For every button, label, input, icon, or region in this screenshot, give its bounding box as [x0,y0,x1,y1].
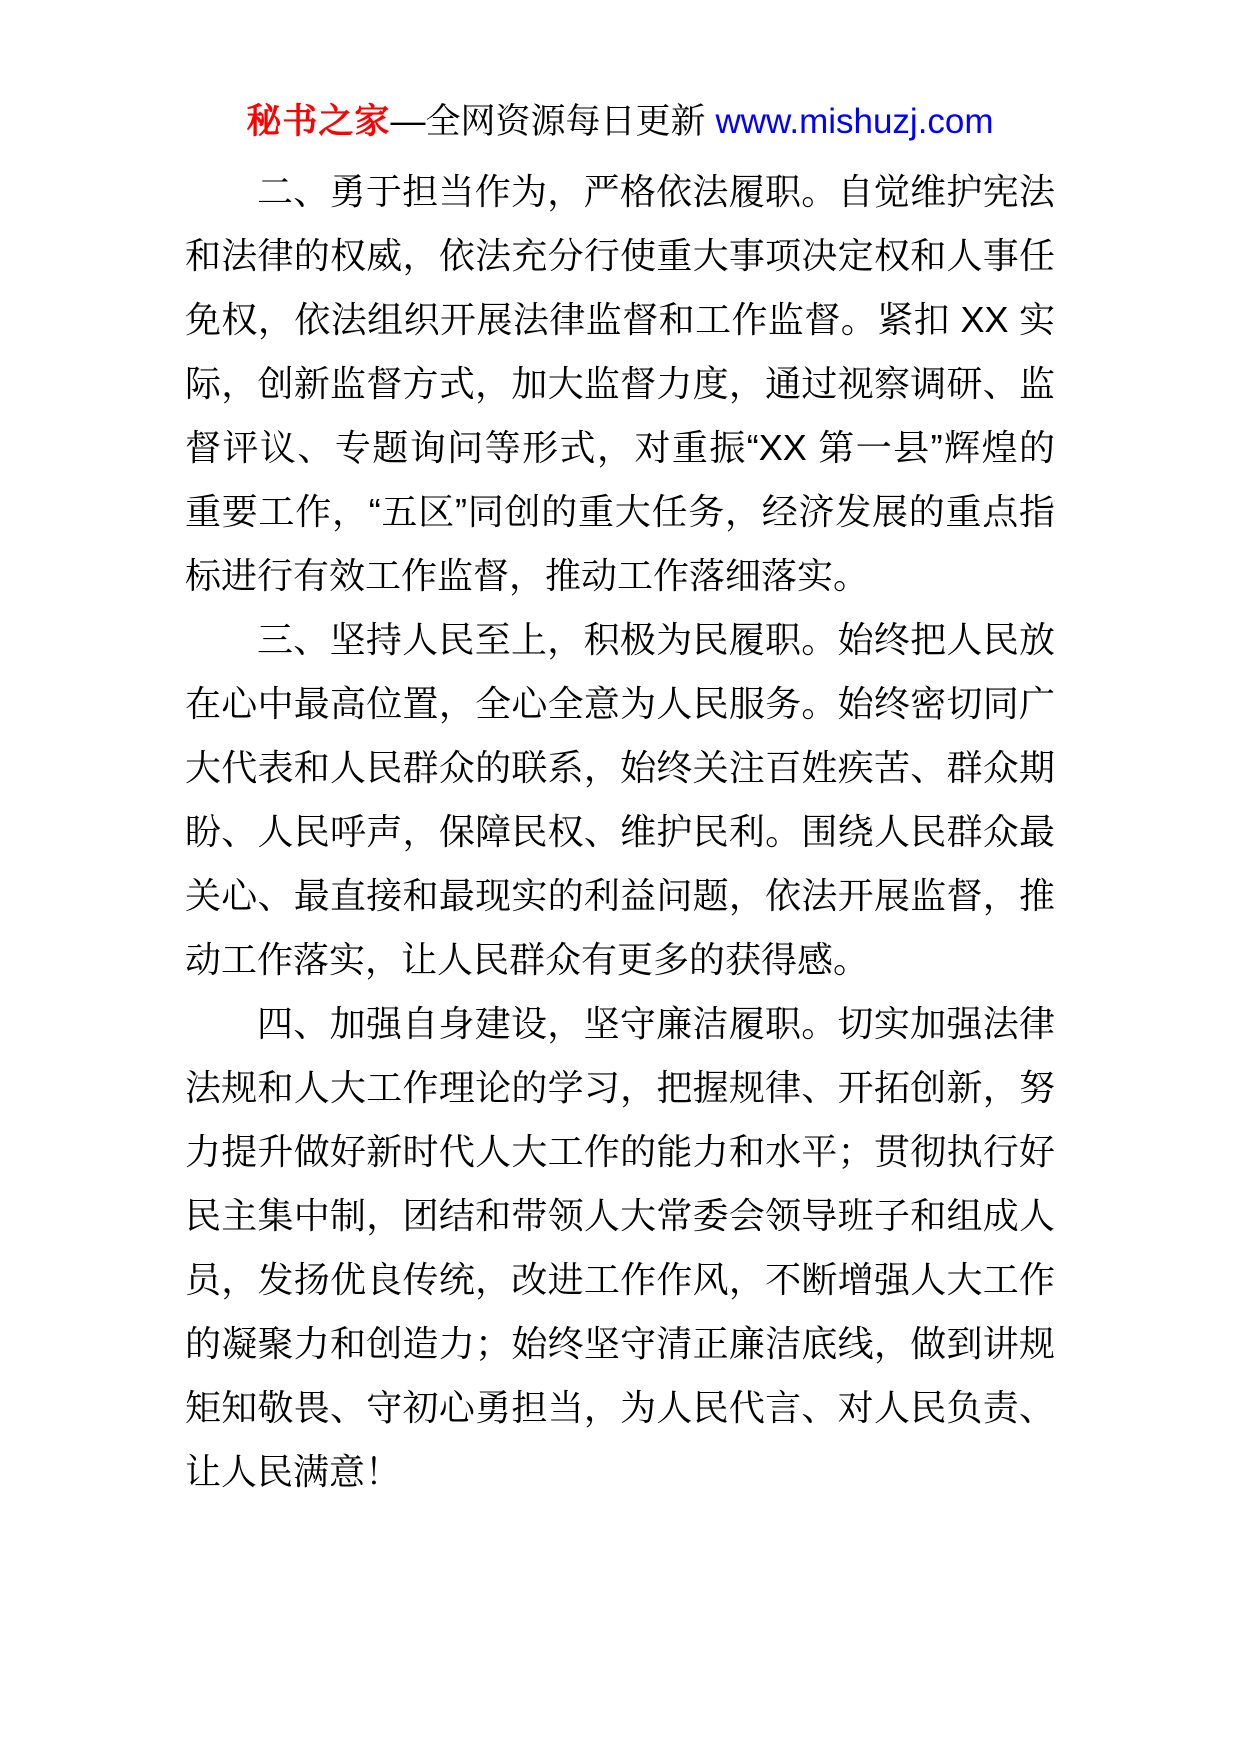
header-tagline: —全网资源每日更新 [390,102,705,141]
document-page: 秘书之家—全网资源每日更新www.mishuzj.com 二、勇于担当作为，严格… [0,0,1240,1754]
site-url-link[interactable]: www.mishuzj.com [715,102,993,141]
page-header: 秘书之家—全网资源每日更新www.mishuzj.com [0,100,1240,144]
document-body: 二、勇于担当作为，严格依法履职。自觉维护宪法和法律的权威，依法充分行使重大事项决… [185,160,1055,1504]
paragraph-self-construction: 四、加强自身建设，坚守廉洁履职。切实加强法律法规和人大工作理论的学习，把握规律、… [185,992,1055,1504]
site-name: 秘书之家 [246,102,390,141]
paragraph-people-first: 三、坚持人民至上，积极为民履职。始终把人民放在心中最高位置，全心全意为人民服务。… [185,608,1055,992]
paragraph-duty-performance: 二、勇于担当作为，严格依法履职。自觉维护宪法和法律的权威，依法充分行使重大事项决… [185,160,1055,608]
